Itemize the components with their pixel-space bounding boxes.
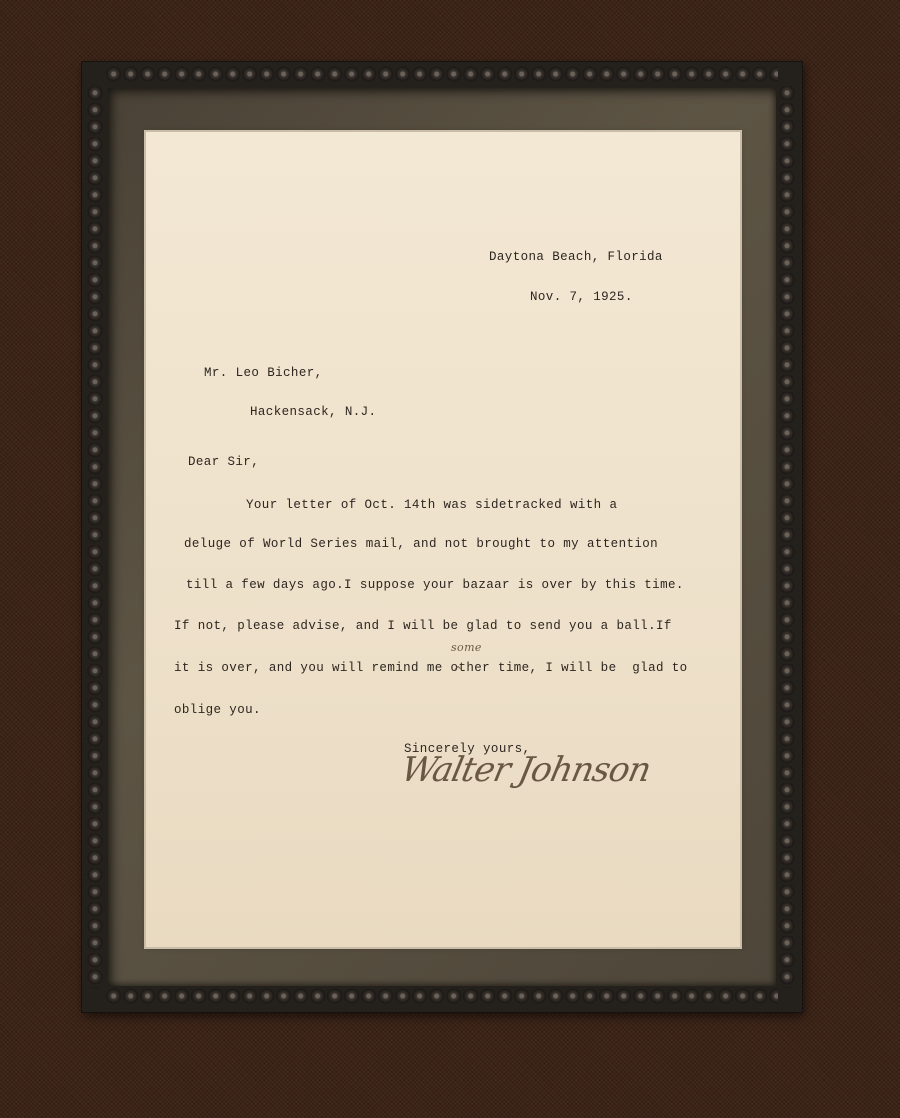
handwritten-insertion: some [451, 641, 482, 654]
frame-bead-right [778, 86, 798, 988]
typed-letter: Daytona Beach, Florida Nov. 7, 1925. Mr.… [146, 132, 740, 947]
body-line: till a few days ago.I suppose your bazaa… [186, 578, 684, 592]
body-line: deluge of World Series mail, and not bro… [184, 537, 658, 551]
salutation: Dear Sir, [188, 455, 259, 469]
body-line: oblige you. [174, 703, 261, 717]
body-line: it is over, and you will remind me other… [174, 661, 688, 675]
frame-bead-top [106, 66, 778, 86]
body-line: If not, please advise, and I will be gla… [174, 619, 672, 633]
body-line: Your letter of Oct. 14th was sidetracked… [246, 498, 617, 512]
frame-bead-bottom [106, 988, 778, 1008]
recipient-city: Hackensack, N.J. [250, 405, 376, 419]
letter-date: Nov. 7, 1925. [530, 290, 633, 304]
letter-place: Daytona Beach, Florida [489, 250, 663, 264]
recipient-name: Mr. Leo Bicher, [204, 366, 323, 380]
signature: Walter Johnson [398, 750, 654, 790]
insertion-caret: ^ [453, 664, 463, 678]
frame-bead-left [86, 86, 106, 988]
